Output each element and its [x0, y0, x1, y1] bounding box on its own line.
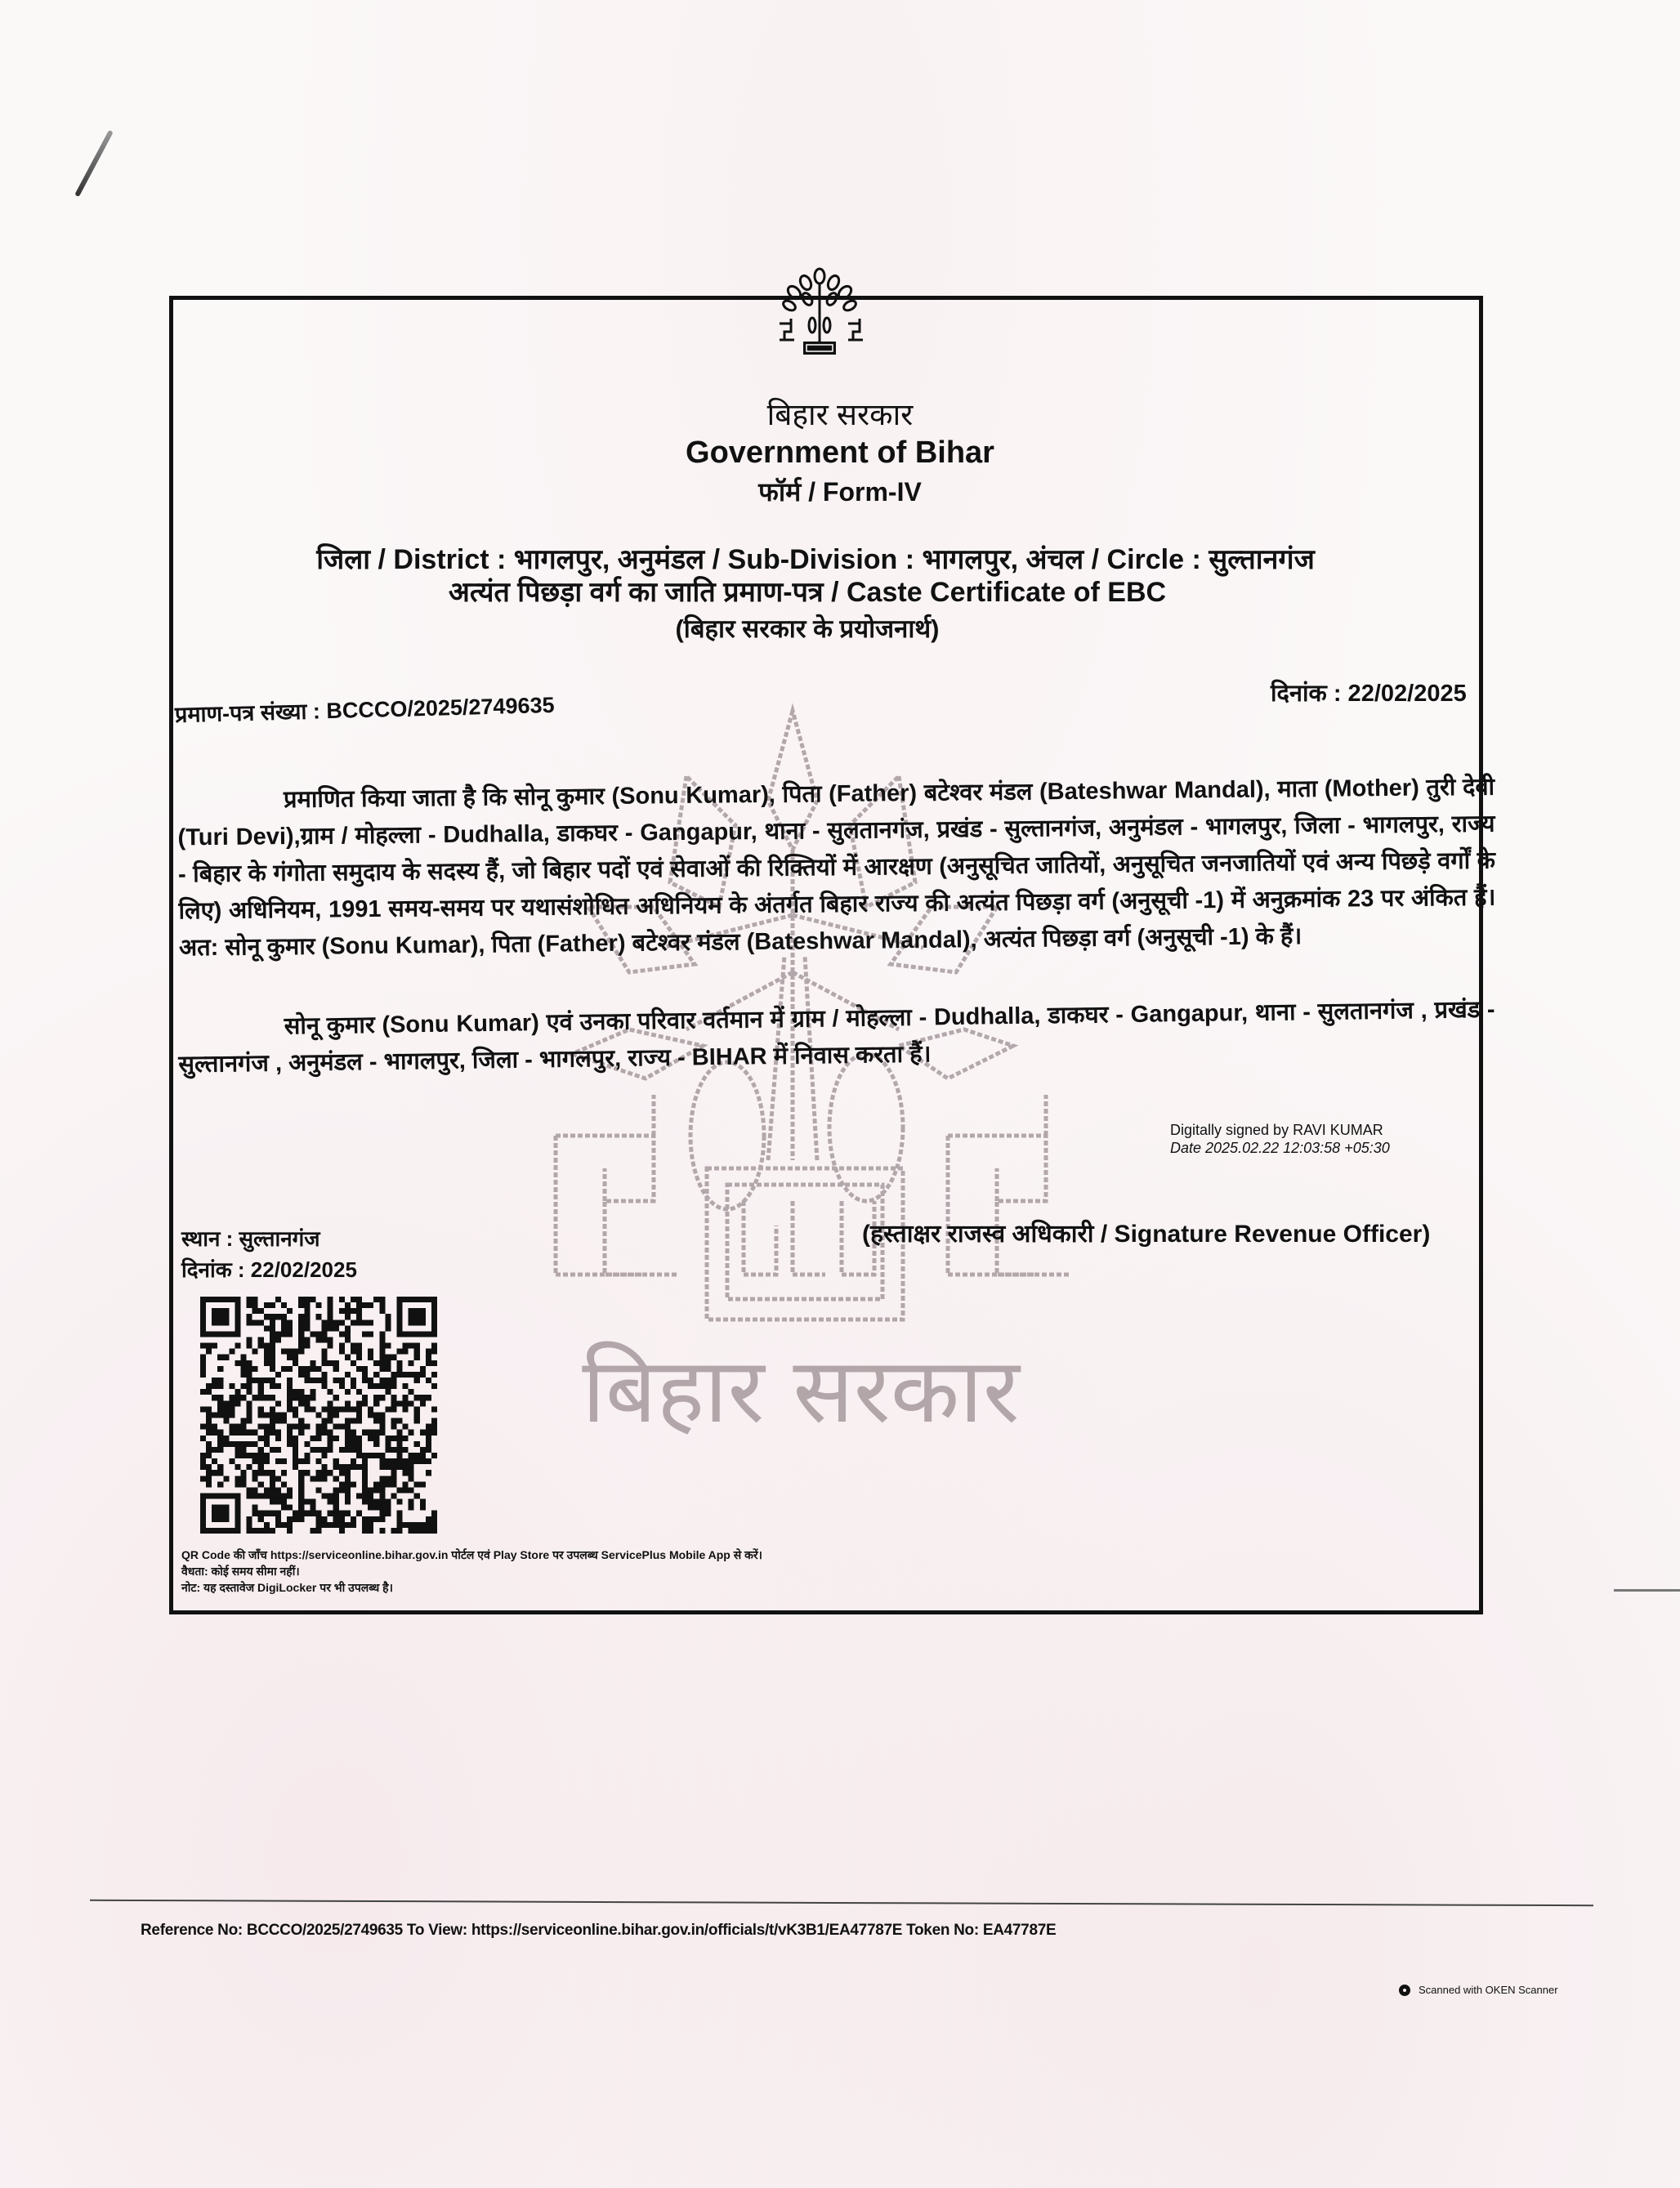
- qr-code[interactable]: [190, 1297, 448, 1534]
- pen-mark: [74, 130, 114, 197]
- scanner-label: Scanned with OKEN Scanner: [1419, 1984, 1558, 1996]
- issue-date: दिनांक : 22/02/2025: [181, 1254, 357, 1285]
- qr-note-validity: वैधता: कोई समय सीमा नहीं।: [181, 1563, 762, 1579]
- reference-line: Reference No: BCCCO/2025/2749635 To View…: [141, 1922, 1056, 1940]
- issue-place: स्थान : सुल्तानगंज: [181, 1223, 357, 1254]
- bihar-emblem-icon: [766, 266, 873, 364]
- gov-english-title: Government of Bihar: [0, 435, 1680, 471]
- form-number: फॉर्म / Form-IV: [0, 474, 1680, 509]
- certificate-date: दिनांक : 22/02/2025: [1271, 676, 1467, 708]
- paragraph-1-text: प्रमाणित किया जाता है कि सोनू कुमार (Son…: [177, 770, 1496, 967]
- gov-hindi-title: बिहार सरकार: [0, 392, 1680, 434]
- qr-notes: QR Code की जाँच https://serviceonline.bi…: [181, 1547, 762, 1596]
- footer-separator: [90, 1900, 1593, 1906]
- paper-edge-mark: [1614, 1589, 1680, 1592]
- digital-signature: Digitally signed by RAVI KUMAR Date 2025…: [1170, 1121, 1390, 1157]
- certificate-purpose: (बिहार सरकार के प्रयोजनार्थ): [0, 611, 1647, 645]
- scanner-watermark: Scanned with OKEN Scanner: [1399, 1984, 1558, 1996]
- scanner-logo-icon: [1399, 1985, 1410, 1996]
- digital-signature-date: Date 2025.02.22 12:03:58 +05:30: [1170, 1139, 1390, 1157]
- issue-place-date: स्थान : सुल्तानगंज दिनांक : 22/02/2025: [181, 1223, 357, 1285]
- signature-officer-label: (हस्ताक्षर राजस्व अधिकारी / Signature Re…: [862, 1216, 1430, 1249]
- certificate-title: अत्यंत पिछड़ा वर्ग का जाति प्रमाण-पत्र /…: [0, 572, 1647, 610]
- digital-signer: Digitally signed by RAVI KUMAR: [1170, 1121, 1390, 1139]
- qr-note-verify: QR Code की जाँच https://serviceonline.bi…: [181, 1547, 762, 1563]
- certificate-paragraph-1: प्रमाणित किया जाता है कि सोनू कुमार (Son…: [177, 770, 1496, 967]
- qr-note-digilocker: नोट: यह दस्तावेज DigiLocker पर भी उपलब्ध…: [181, 1579, 762, 1596]
